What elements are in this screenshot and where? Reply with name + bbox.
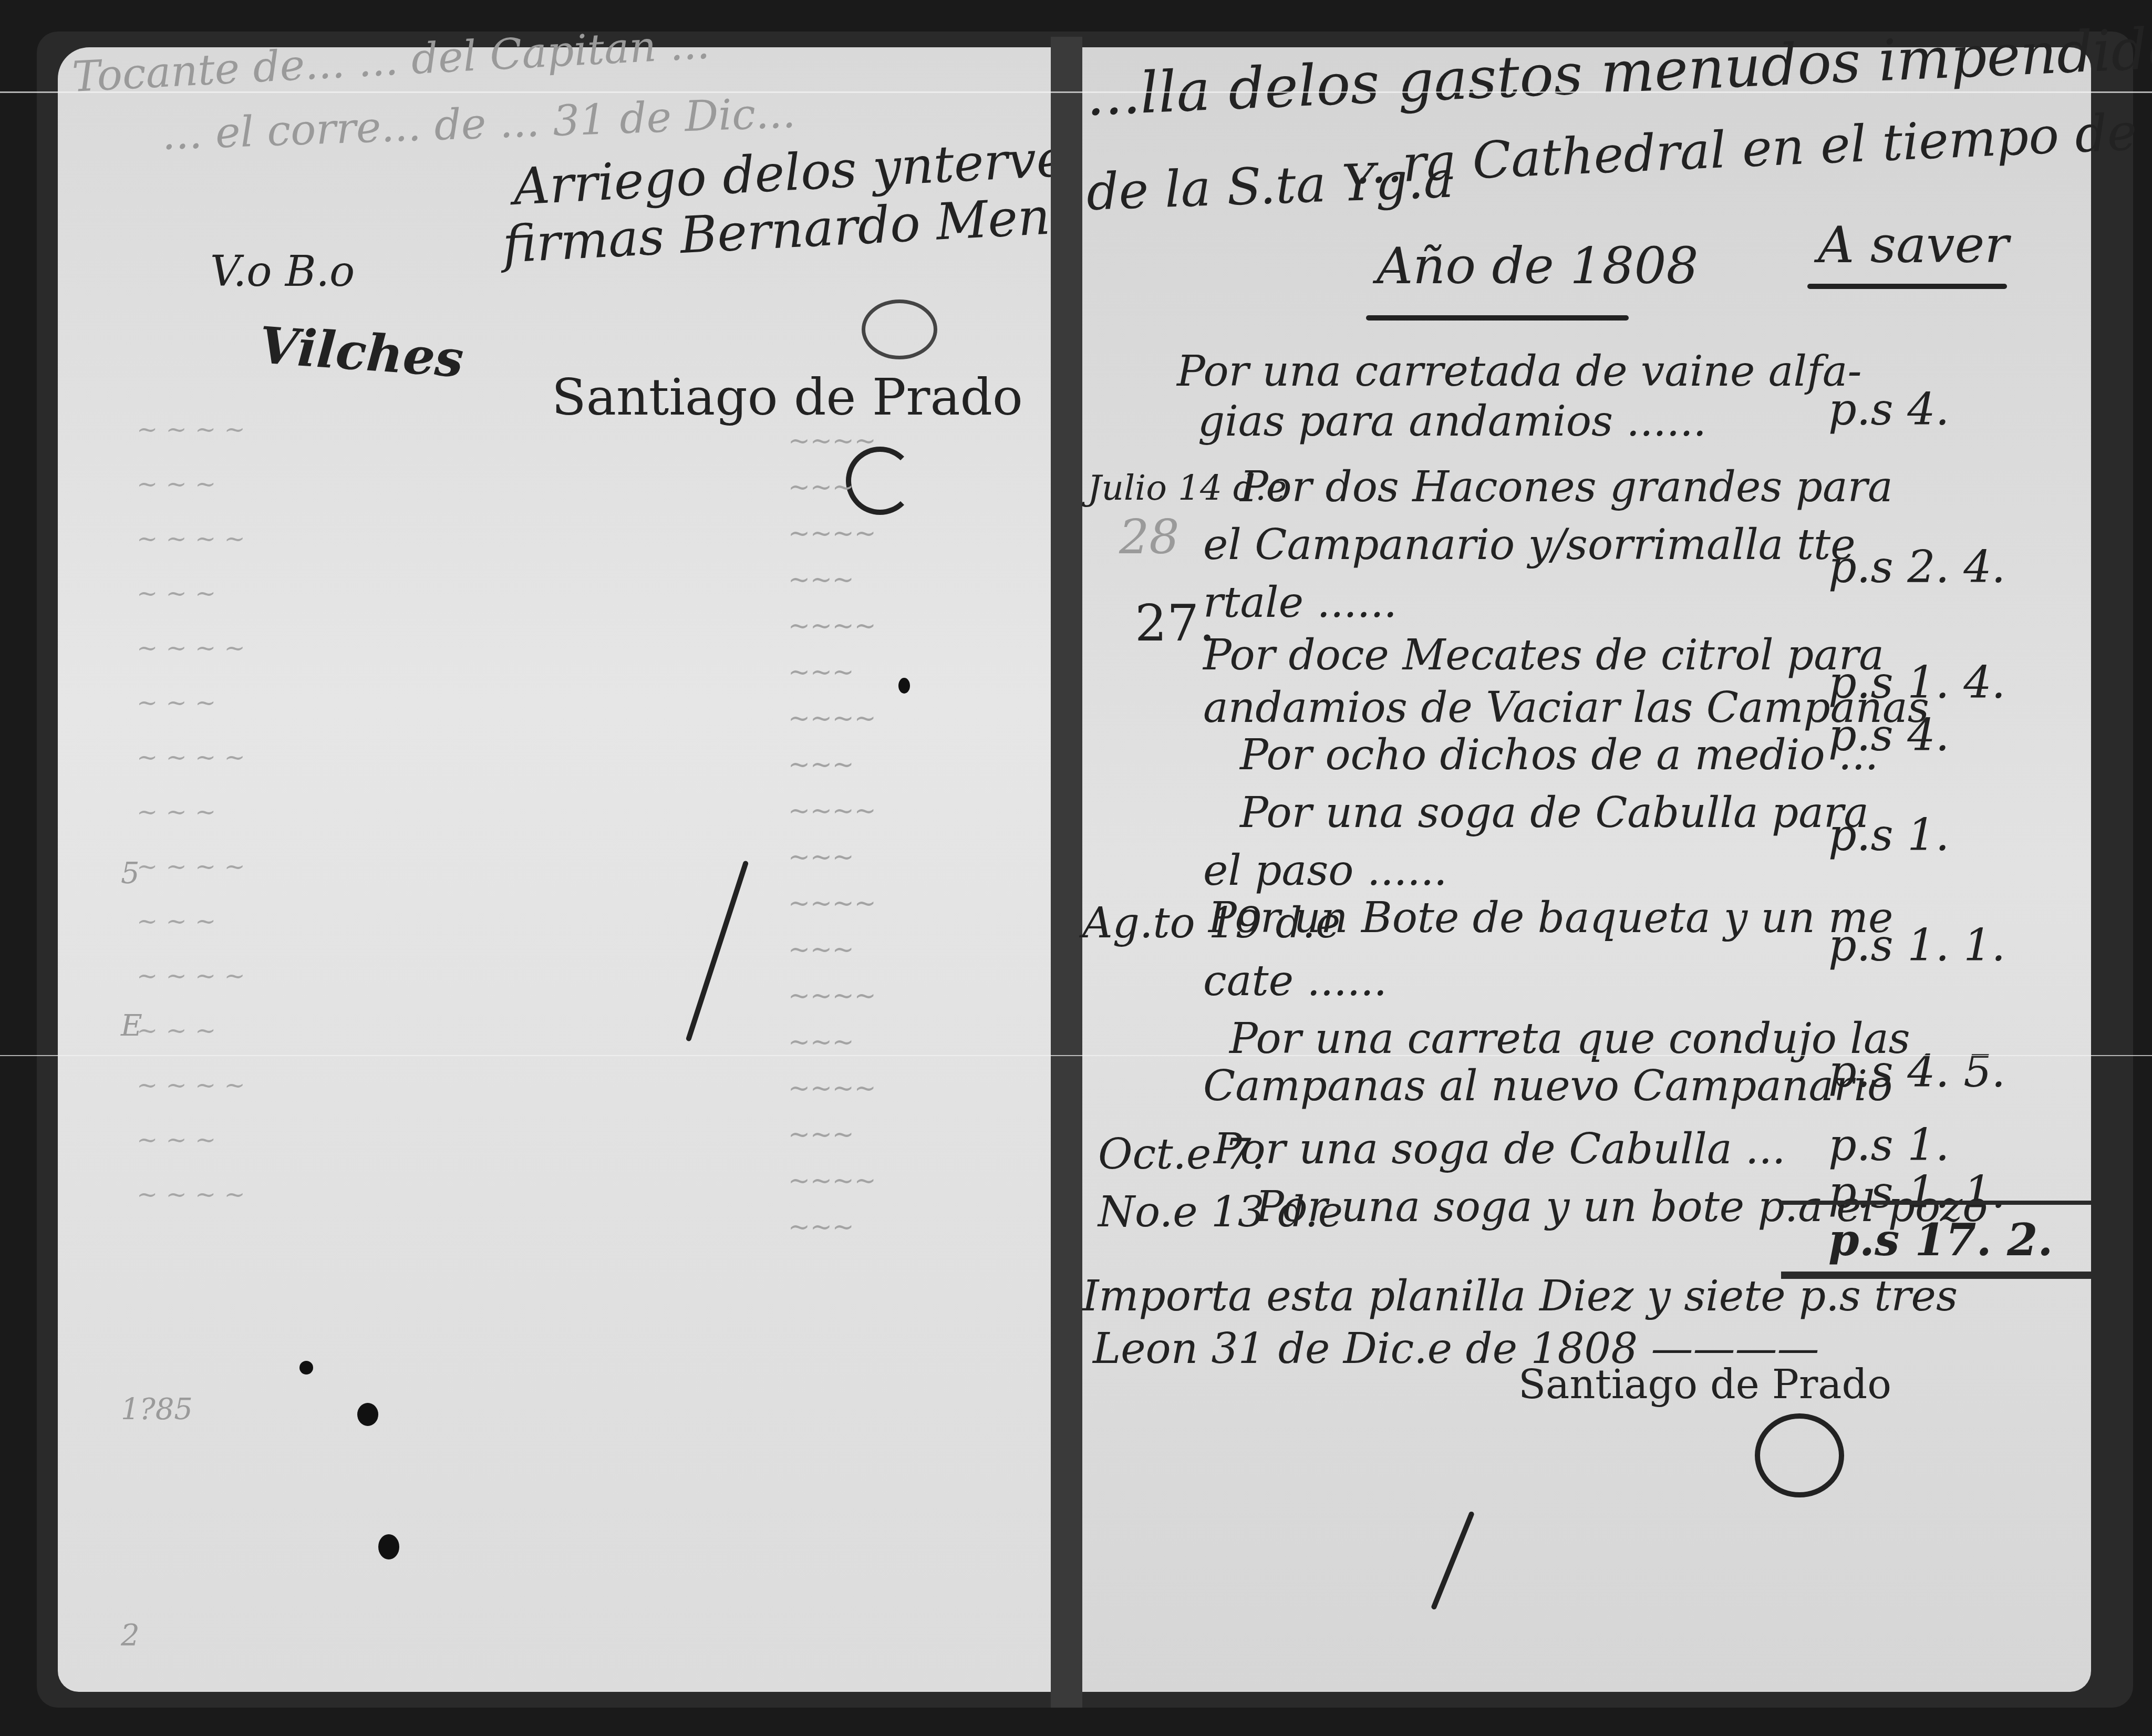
sum-rule [1781,1201,2091,1205]
check-stroke-icon [1431,1511,1475,1610]
signature-vilches: Vilches [257,315,465,389]
entry-amount: p.s 1. [1828,1119,1949,1171]
column-heading-underline [1807,284,2007,289]
entry-amount: p.s 4. [1828,384,1949,435]
bleed-through-column-mid: ~~~~~~~~~~~~~~~~~~~~~ ~~~~~~~~~~~~~~~~~~… [788,426,1009,1258]
entry-text: Por dos Hacones grandes para [1240,462,1893,511]
rubric-flourish-icon [1755,1413,1844,1497]
ink-dot [898,678,910,694]
entry-text: Por una soga de Cabulla para [1240,788,1869,837]
film-scratch [0,91,2152,93]
page-gutter [1051,37,1082,1708]
entry-amount: p.s 4. [1828,709,1949,761]
entry-text: cate ...... [1203,956,1387,1005]
year-heading: Año de 1808 [1377,236,1699,295]
faint-number-4: 2 [121,1618,140,1652]
faint-number-3: 1?85 [121,1392,193,1427]
signature-santiago-de-prado-right: Santiago de Prado [1518,1361,1891,1408]
entry-text: rtale ...... [1203,578,1397,627]
signature-santiago-de-prado-left: Santiago de Prado [552,368,1023,427]
entry-amount: p.s 1. 1. [1828,919,2005,971]
bleed-through-column-left: ~ ~ ~ ~~ ~ ~~ ~ ~ ~~ ~ ~~ ~ ~ ~ ~ ~ ~~ ~… [137,415,399,1235]
entry-text: Por un Bote de baqueta y un me [1208,893,1893,942]
ink-blot [299,1361,313,1375]
entry-text: gias para andamios ...... [1198,397,1706,446]
closing-line-1: Importa esta planilla Diez y siete p.s t… [1082,1272,1958,1320]
column-heading: A saver [1818,215,2009,274]
vo-bo-mark: V.o B.o [210,247,355,296]
film-scratch [0,1055,2152,1056]
year-underline [1366,315,1629,321]
entry-amount: p.s 2. 4. [1828,541,2005,593]
entry-text: Por una carretada de vaine alfa- [1177,347,1861,396]
entry-amount: p.s 1. 1. [1828,1166,2005,1218]
entry-text: el paso ...... [1203,846,1447,895]
entry-text: andamios de Vaciar las Campanas [1203,683,1929,732]
check-stroke-icon [686,860,749,1041]
entry-text: Campanas al nuevo Campanario [1203,1061,1892,1110]
faint-margin-number: 28 [1119,510,1180,565]
right-page: ...lla delos gastos menudos impendidos e… [1082,47,2091,1692]
faint-number-2: E [121,1009,142,1043]
ink-blot [357,1403,378,1426]
rubric-seal-icon [862,299,937,359]
entry-text: Por ocho dichos de a medio ... [1240,730,1878,779]
entry-text: Por una soga de Cabulla ... [1214,1124,1785,1173]
entry-amount: p.s 4. 5. [1828,1046,2005,1097]
left-page: Tocante de... ... del Capitan ... ... el… [58,47,1067,1692]
faint-number-1: 5 [121,856,140,891]
entry-amount: p.s 1. 4. [1828,657,2005,708]
entry-amount: p.s 1. [1828,809,1949,861]
entry-text: Por doce Mecates de citrol para [1203,631,1884,679]
ledger-total: p.s 17. 2. [1828,1214,2053,1266]
entry-text: el Campanario y/sorrimalla tte [1203,520,1856,569]
ink-blot [378,1534,399,1559]
